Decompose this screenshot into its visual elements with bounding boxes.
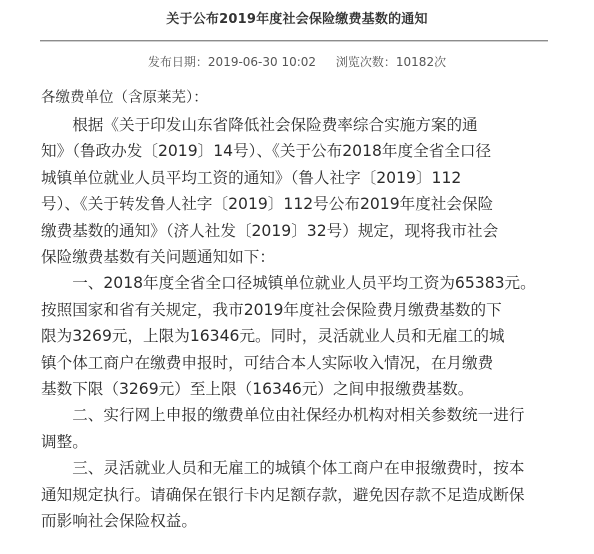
- text-line: 保险缴费基数有关问题通知如下：: [41, 244, 531, 270]
- publish-date-value: 2019-06-30 10:02: [208, 55, 316, 69]
- title-divider: [40, 40, 548, 42]
- notice-body: 各缴费单位（含原莱芜）： 根据《关于印发山东省降低社会保险费率综合实施方案的通 …: [41, 86, 531, 535]
- item-2-paragraph: 二、实行网上申报的缴费单位由社保经办机构对相关参数统一进行 调整。: [41, 402, 531, 455]
- text-line: 而影响社会保险权益。: [41, 508, 531, 534]
- text-line: 缴费基数的通知》（济人社发〔2019〕32号）规定，现将我市社会: [41, 218, 531, 244]
- item-3-paragraph: 三、灵活就业人员和无雇工的城镇个体工商户在申报缴费时，按本 通知规定执行。请确保…: [41, 455, 531, 534]
- text-line: 三、灵活就业人员和无雇工的城镇个体工商户在申报缴费时，按本: [41, 455, 531, 481]
- text-line: 调整。: [41, 429, 531, 455]
- text-line: 限为3269元，上限为16346元。同时，灵活就业人员和无雇工的城: [41, 323, 531, 349]
- publish-date-info: 发布日期：2019-06-30 10:02: [148, 55, 316, 69]
- text-line: 一、2018年度全省全口径城镇单位就业人员平均工资为65383元。: [41, 270, 531, 296]
- text-line: 通知规定执行。请确保在银行卡内足额存款，避免因存款不足造成断保: [41, 482, 531, 508]
- view-count-info: 浏览次数：10182次: [336, 55, 446, 69]
- text-line: 按照国家和省有关规定，我市2019年度社会保险费月缴费基数的下: [41, 297, 531, 323]
- text-line: 知》（鲁政办发〔2019〕14号）、《关于公布2018年度全省全口径: [41, 138, 531, 164]
- text-line: 基数下限（3269元）至上限（16346元）之间申报缴费基数。: [41, 376, 531, 402]
- view-count-label: 浏览次数：: [336, 55, 396, 69]
- item-1-paragraph: 一、2018年度全省全口径城镇单位就业人员平均工资为65383元。 按照国家和省…: [41, 270, 531, 402]
- text-line: 城镇单位就业人员平均工资的通知》（鲁人社字〔2019〕112: [41, 165, 531, 191]
- salutation: 各缴费单位（含原莱芜）：: [41, 86, 531, 110]
- notice-meta: 发布日期：2019-06-30 10:02 浏览次数：10182次: [0, 53, 594, 70]
- publish-date-label: 发布日期：: [148, 55, 208, 69]
- intro-paragraph: 根据《关于印发山东省降低社会保险费率综合实施方案的通 知》（鲁政办发〔2019〕…: [41, 112, 531, 270]
- text-line: 号）、《关于转发鲁人社字〔2019〕112号公布2019年度社会保险: [41, 191, 531, 217]
- notice-title: 关于公布2019年度社会保险缴费基数的通知: [0, 8, 594, 27]
- view-count-value: 10182次: [396, 55, 446, 69]
- text-line: 镇个体工商户在缴费申报时，可结合本人实际收入情况，在月缴费: [41, 350, 531, 376]
- text-line: 根据《关于印发山东省降低社会保险费率综合实施方案的通: [41, 112, 531, 138]
- text-line: 二、实行网上申报的缴费单位由社保经办机构对相关参数统一进行: [41, 402, 531, 428]
